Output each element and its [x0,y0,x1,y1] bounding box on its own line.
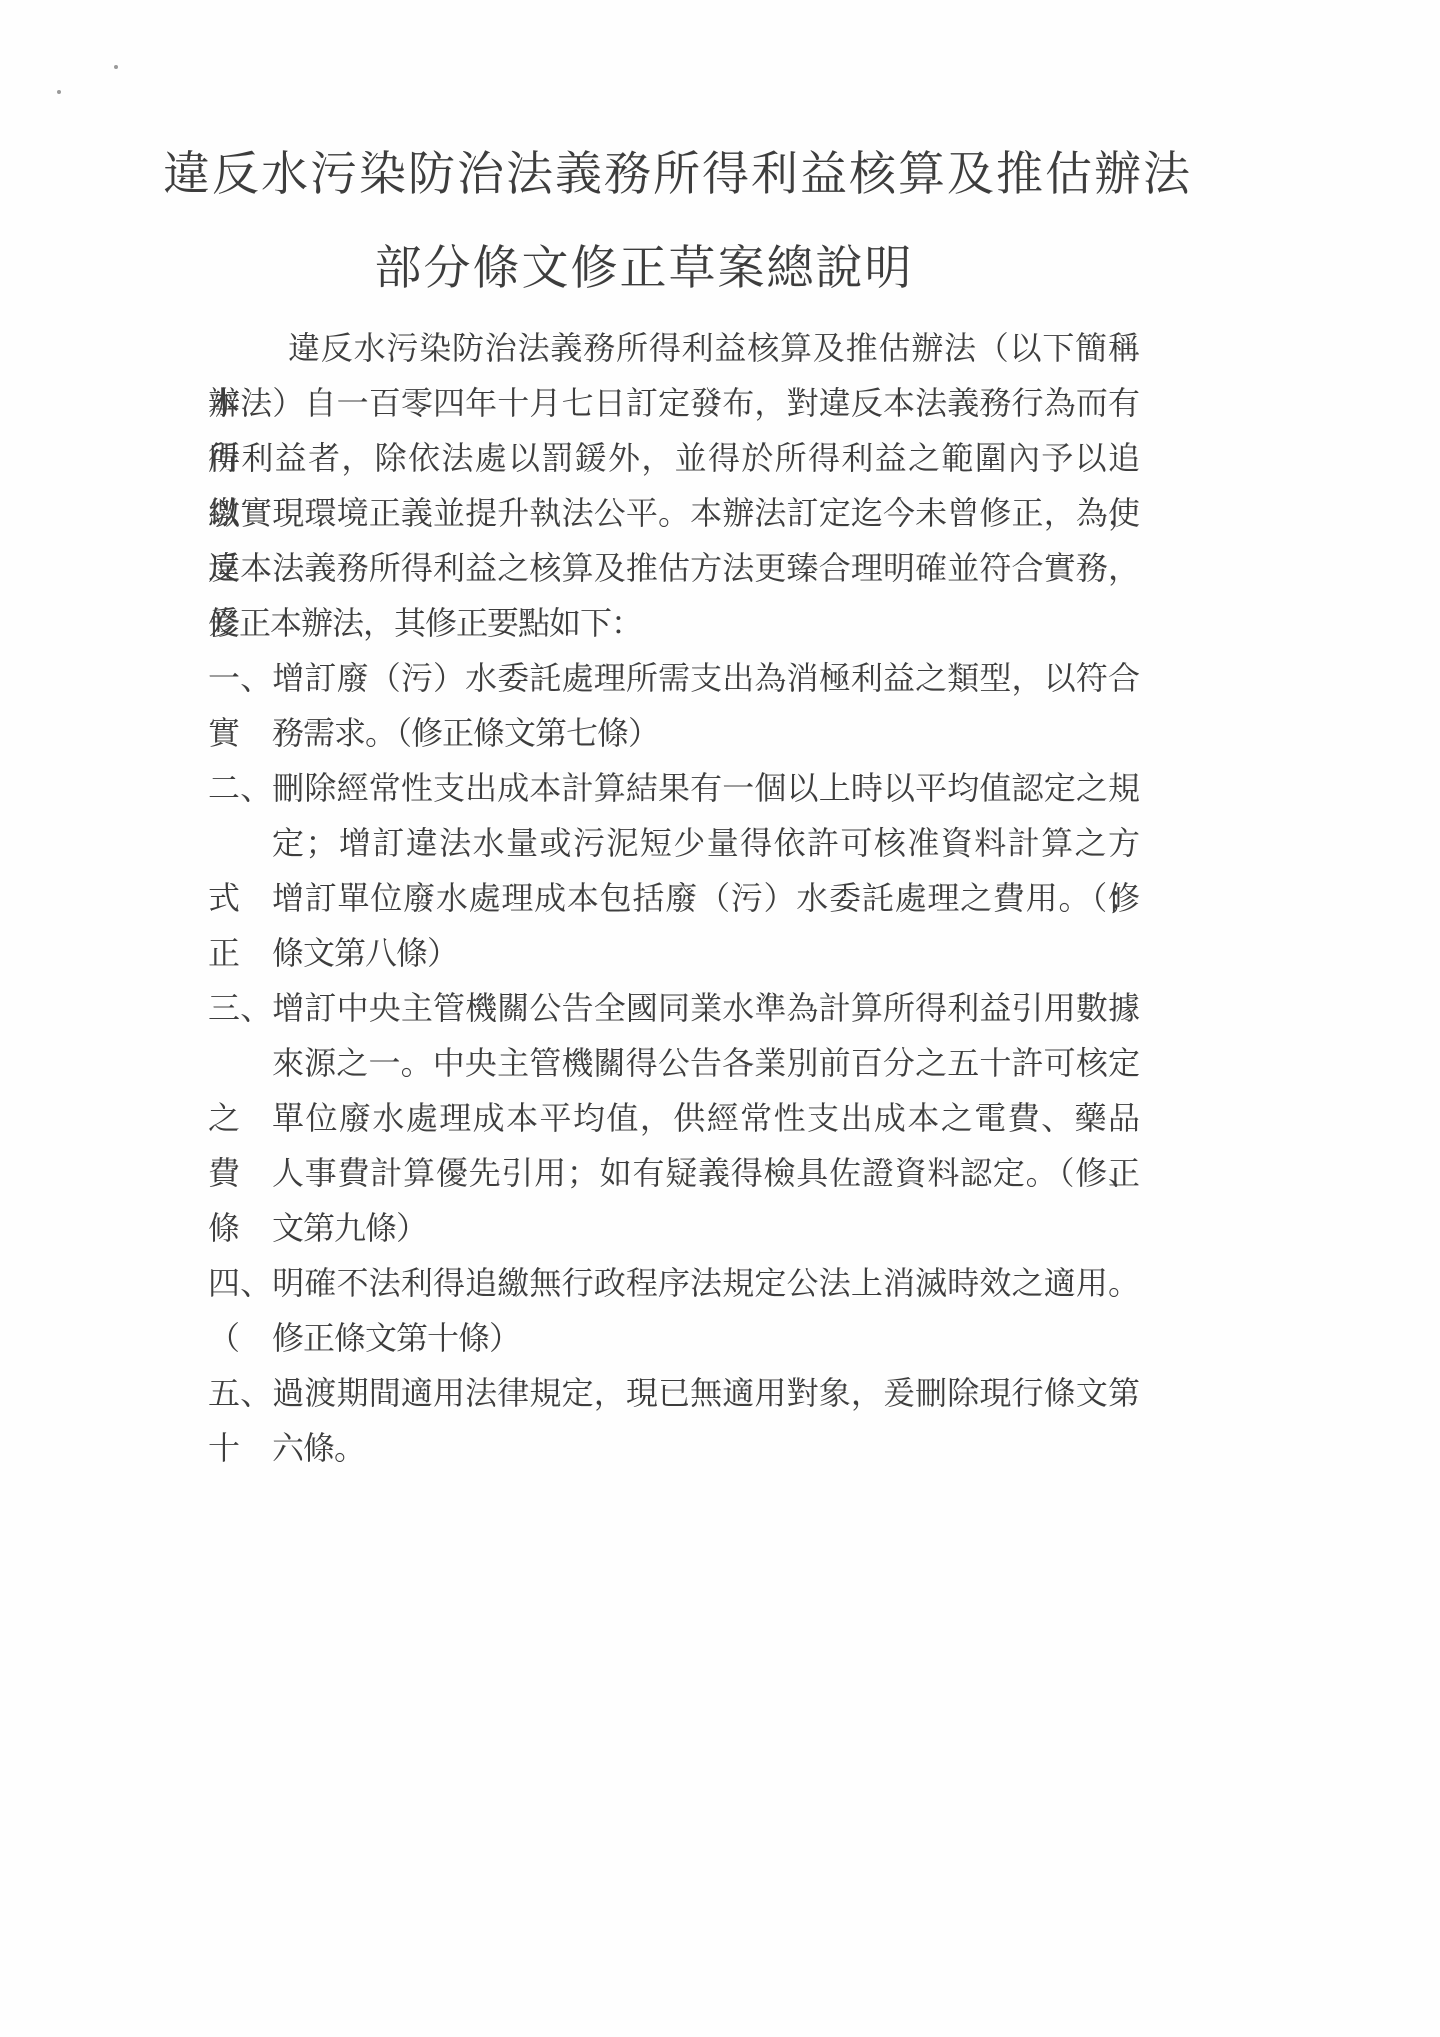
text-line: 三、增訂中央主管機關公告全國同業水準為計算所得利益引用數據 [208,981,1140,1036]
text-line: 四、明確不法利得追繳無行政程序法規定公法上消滅時效之適用。（ [208,1256,1140,1311]
document-page: 違反水污染防治法義務所得利益核算及推估辦法 部分條文修正草案總說明 違反水污染防… [0,0,1440,2037]
text-line: 一、增訂廢（污）水委託處理所需支出為消極利益之類型，以符合實 [208,651,1140,706]
text-line: 修正本辦法，其修正要點如下： [208,596,1140,651]
title-line-2: 部分條文修正草案總說明 [163,222,1125,316]
text-line: 違反水污染防治法義務所得利益核算及推估辦法（以下簡稱本 [208,321,1140,376]
text-line: 反本法義務所得利益之核算及推估方法更臻合理明確並符合實務，爰 [208,541,1140,596]
document-body: 違反水污染防治法義務所得利益核算及推估辦法（以下簡稱本辦法）自一百零四年十月七日… [208,321,1140,1476]
scan-speck [114,65,118,69]
text-line: 五、過渡期間適用法律規定，現已無適用對象，爰刪除現行條文第十 [208,1366,1140,1421]
text-line: 二、刪除經常性支出成本計算結果有一個以上時以平均值認定之規 [208,761,1140,816]
text-line: 修正條文第十條） [208,1311,1140,1366]
text-line: 來源之一。中央主管機關得公告各業別前百分之五十許可核定之 [208,1036,1140,1091]
text-line: 辦法）自一百零四年十月七日訂定發布，對違反本法義務行為而有所 [208,376,1140,431]
text-line: 條文第八條） [208,926,1140,981]
text-line: 務需求。（修正條文第七條） [208,706,1140,761]
text-line: 人事費計算優先引用；如有疑義得檢具佐證資料認定。（修正條 [208,1146,1140,1201]
scan-speck [57,90,61,94]
title-line-1: 違反水污染防治法義務所得利益核算及推估辦法 [163,128,1125,222]
document-title: 違反水污染防治法義務所得利益核算及推估辦法 部分條文修正草案總說明 [163,128,1125,316]
text-line: 定；增訂違法水量或污泥短少量得依許可核准資料計算之方式； [208,816,1140,871]
text-line: 文第九條） [208,1201,1140,1256]
text-line: 六條。 [208,1421,1140,1476]
text-line: 以實現環境正義並提升執法公平。本辦法訂定迄今未曾修正，為使違 [208,486,1140,541]
text-line: 增訂單位廢水處理成本包括廢（污）水委託處理之費用。（修正 [208,871,1140,926]
text-line: 得利益者，除依法處以罰鍰外，並得於所得利益之範圍內予以追繳， [208,431,1140,486]
text-line: 單位廢水處理成本平均值，供經常性支出成本之電費、藥品費、 [208,1091,1140,1146]
